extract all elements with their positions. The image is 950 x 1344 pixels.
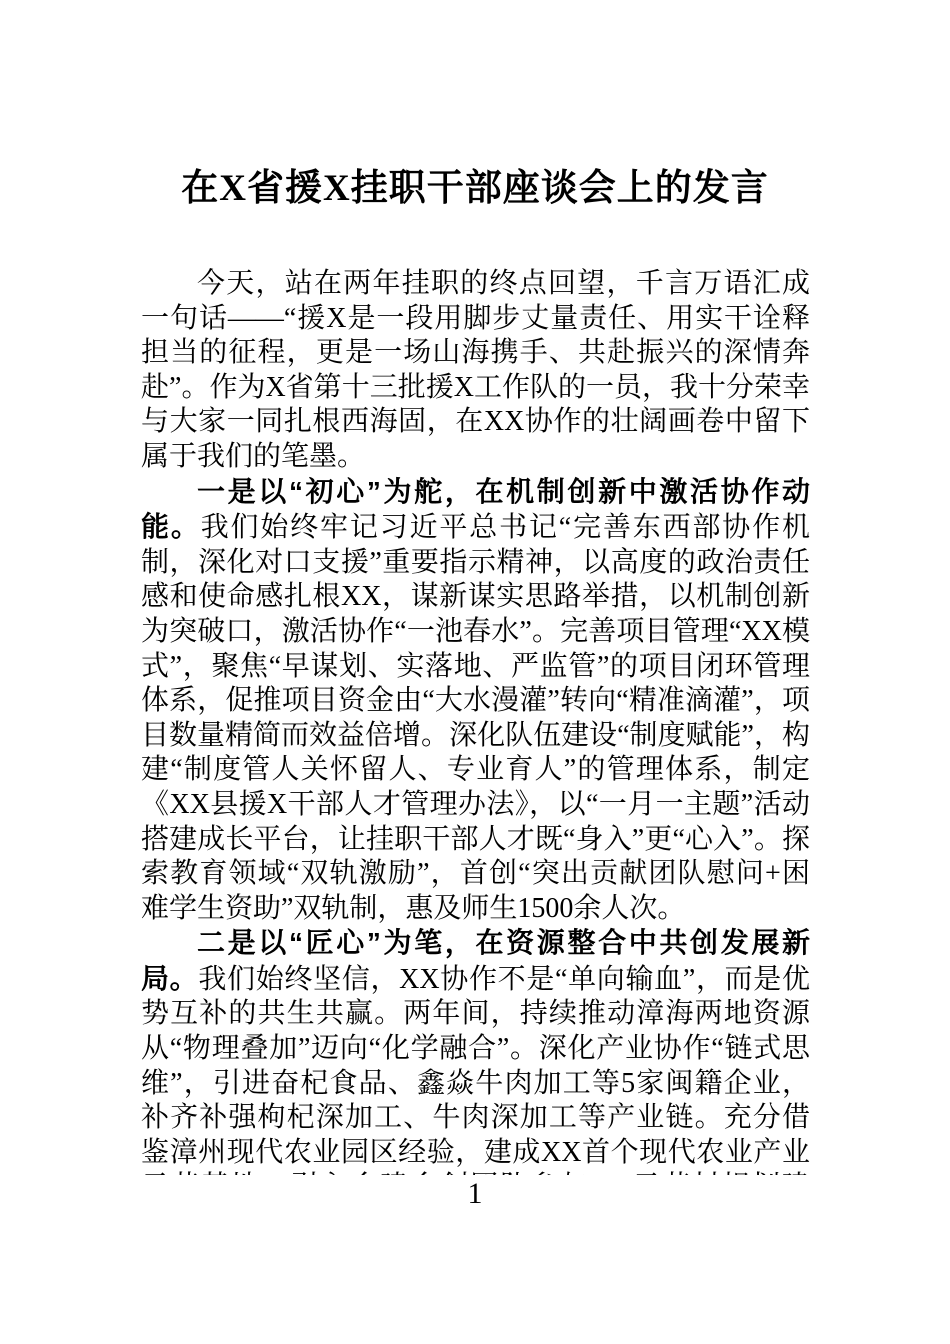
paragraph-section-1: 一是以“初心”为舵，在机制创新中激活协作动能。我们始终牢记习近平总书记“完善东西… — [141, 475, 810, 927]
document-title: 在X省援X挂职干部座谈会上的发言 — [0, 166, 950, 212]
paragraph-text: 我们始终牢记习近平总书记“完善东西部协作机制，深化对口支援”重要指示精神，以高度… — [141, 512, 810, 924]
page-number: 1 — [0, 1176, 950, 1212]
paragraph-intro: 今天，站在两年挂职的终点回望，千言万语汇成一句话——“援X是一段用脚步丈量责任、… — [141, 267, 810, 475]
paragraph-text: 今天，站在两年挂职的终点回望，千言万语汇成一句话——“援X是一段用脚步丈量责任、… — [141, 268, 810, 472]
document-body: 今天，站在两年挂职的终点回望，千言万语汇成一句话——“援X是一段用脚步丈量责任、… — [141, 267, 810, 1175]
paragraph-section-2: 二是以“匠心”为笔，在资源整合中共创发展新局。我们始终坚信，XX协作不是“单向输… — [141, 926, 810, 1175]
paragraph-text: 我们始终坚信，XX协作不是“单向输血”，而是优势互补的共生共赢。两年间，持续推动… — [141, 964, 810, 1175]
document-page: 在X省援X挂职干部座谈会上的发言 今天，站在两年挂职的终点回望，千言万语汇成一句… — [0, 0, 950, 1344]
